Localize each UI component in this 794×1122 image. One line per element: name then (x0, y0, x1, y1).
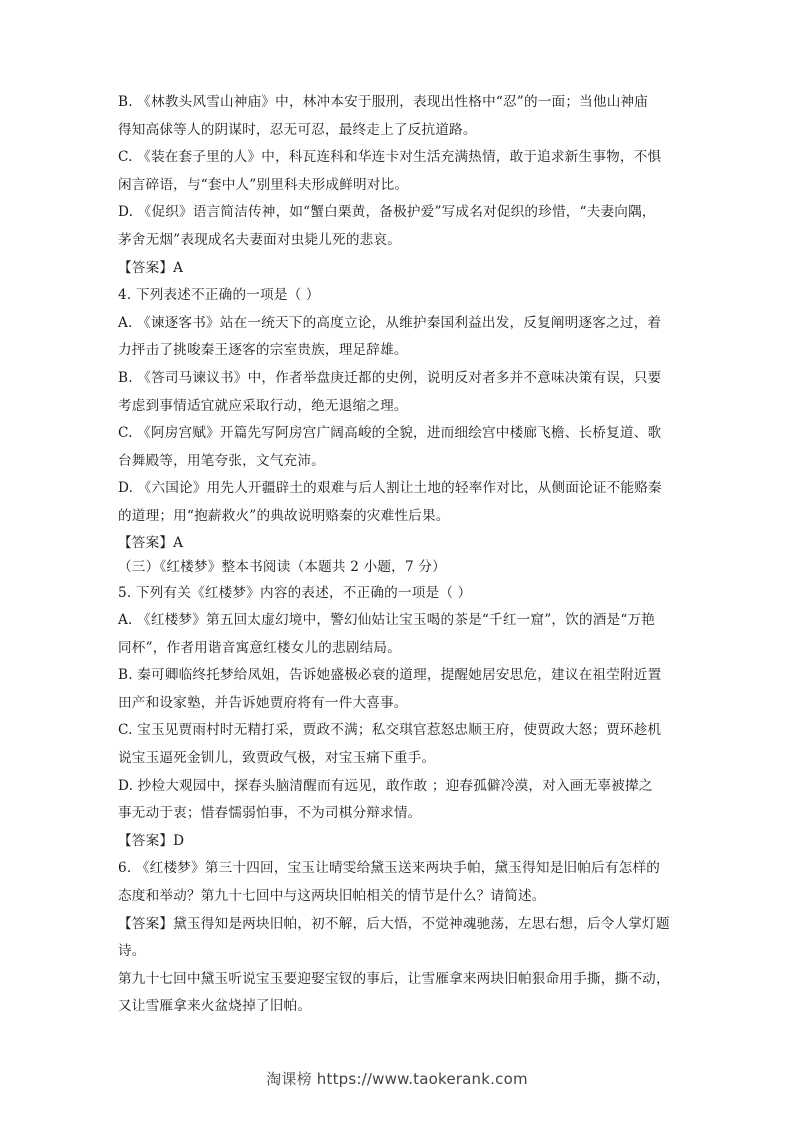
question-3-option-b-line-1: B. 《林教头风雪山神庙》中，林冲本安于服刑，表现出性格中“忍”的一面；当他山神… (118, 89, 678, 117)
question-4-option-b-line-1: B. 《答司马谏议书》中，作者举盘庚迁都的史例，说明反对者多并不意味决策有误，只… (118, 365, 678, 393)
question-5-option-c-line-2: 说宝玉逼死金钏儿，致贾政气极，对宝玉痛下重手。 (118, 745, 678, 773)
section-heading-hongloumeng: （三）《红楼梦》整本书阅读（本题共 2 小题，7 分） (118, 555, 678, 580)
question-3-option-b-line-2: 得知高俅等人的阴谋时，忍无可忍，最终走上了反抗道路。 (118, 117, 678, 145)
question-4-option-a-line-2: 力抨击了挑唆秦王逐客的宗室贵族，理足辞雄。 (118, 337, 678, 365)
question-6-answer-line-4: 又让雪雁拿来火盆烧掉了旧帕。 (118, 993, 678, 1021)
question-4-option-c-line-1: C. 《阿房宫赋》开篇先写阿房宫广阔高峻的全貌，进而细绘宫中楼廊飞檐、长桥复道、… (118, 420, 678, 448)
question-3-option-c-line-1: C. 《装在套子里的人》中，科瓦连科和华连卡对生活充满热情，敢于追求新生事物，不… (118, 144, 678, 172)
question-4-option-d-line-2: 的道理；用“抱薪救火”的典故说明赂秦的灾难性后果。 (118, 503, 678, 531)
question-6-answer-line-1: 【答案】黛玉得知是两块旧帕，初不解，后大悟，不觉神魂驰荡，左思右想，后令人掌灯题 (118, 911, 678, 939)
question-5-stem: 5. 下列有关《红楼梦》内容的表述，不正确的一项是（ ） (118, 580, 678, 608)
question-5-option-b-line-1: B. 秦可卿临终托梦给凤姐，告诉她盛极必衰的道理，提醒她居安思危，建议在祖茔附近… (118, 662, 678, 690)
question-3-option-d-line-1: D. 《促织》语言简洁传神，如“蟹白栗黄，备极护爱”写成名对促织的珍惜，“夫妻向… (118, 199, 678, 227)
document-page: B. 《林教头风雪山神庙》中，林冲本安于服刑，表现出性格中“忍”的一面；当他山神… (118, 89, 678, 1021)
question-6-stem-line-2: 态度和举动？第九十七回中与这两块旧帕相关的情节是什么？请简述。 (118, 883, 678, 911)
question-5-option-a-line-2: 同杯”，作者用谐音寓意红楼女儿的悲剧结局。 (118, 635, 678, 663)
question-6-answer-line-3: 第九十七回中黛玉听说宝玉要迎娶宝钗的事后，让雪雁拿来两块旧帕狠命用手撕，撕不动， (118, 966, 678, 994)
site-watermark: 淘课榜 https://www.taokerank.com (0, 1068, 794, 1089)
question-6-stem-line-1: 6. 《红楼梦》第三十四回，宝玉让晴雯给黛玉送来两块手帕，黛玉得知是旧帕后有怎样… (118, 855, 678, 883)
question-3-answer: 【答案】A (118, 255, 678, 283)
question-4-option-a-line-1: A. 《谏逐客书》站在一统天下的高度立论，从维护秦国利益出发，反复阐明逐客之过，… (118, 310, 678, 338)
question-4-option-b-line-2: 考虑到事情适宜就应采取行动，绝无退缩之理。 (118, 393, 678, 421)
question-4-stem: 4. 下列表述不正确的一项是（ ） (118, 282, 678, 310)
question-5-option-c-line-1: C. 宝玉见贾雨村时无精打采，贾政不满；私交琪官惹怒忠顺王府，使贾政大怒；贾环趁… (118, 717, 678, 745)
question-4-option-d-line-1: D. 《六国论》用先人开疆辟土的艰难与后人割让土地的轻率作对比，从侧面论证不能赂… (118, 475, 678, 503)
question-5-option-b-line-2: 田产和设家塾，并告诉她贾府将有一件大喜事。 (118, 690, 678, 718)
question-6-answer-line-2: 诗。 (118, 938, 678, 966)
question-5-option-d-line-2: 事无动于衷；惜春懦弱怕事，不为司棋分辩求情。 (118, 800, 678, 828)
question-5-answer: 【答案】D (118, 828, 678, 856)
question-4-answer: 【答案】A (118, 531, 678, 556)
question-4-option-c-line-2: 台舞殿等，用笔夸张，文气充沛。 (118, 448, 678, 476)
question-5-option-a-line-1: A. 《红楼梦》第五回太虚幻境中，警幻仙姑让宝玉喝的茶是“千红一窟”，饮的酒是“… (118, 607, 678, 635)
question-3-option-c-line-2: 闲言碎语，与“套中人”别里科夫形成鲜明对比。 (118, 172, 678, 200)
question-5-option-d-line-1: D. 抄检大观园中，探春头脑清醒而有远见，敢作敢 ；迎春孤僻冷漠，对入画无辜被撵… (118, 773, 678, 801)
question-3-option-d-line-2: 茅舍无烟”表现成名夫妻面对虫毙儿死的悲哀。 (118, 227, 678, 255)
